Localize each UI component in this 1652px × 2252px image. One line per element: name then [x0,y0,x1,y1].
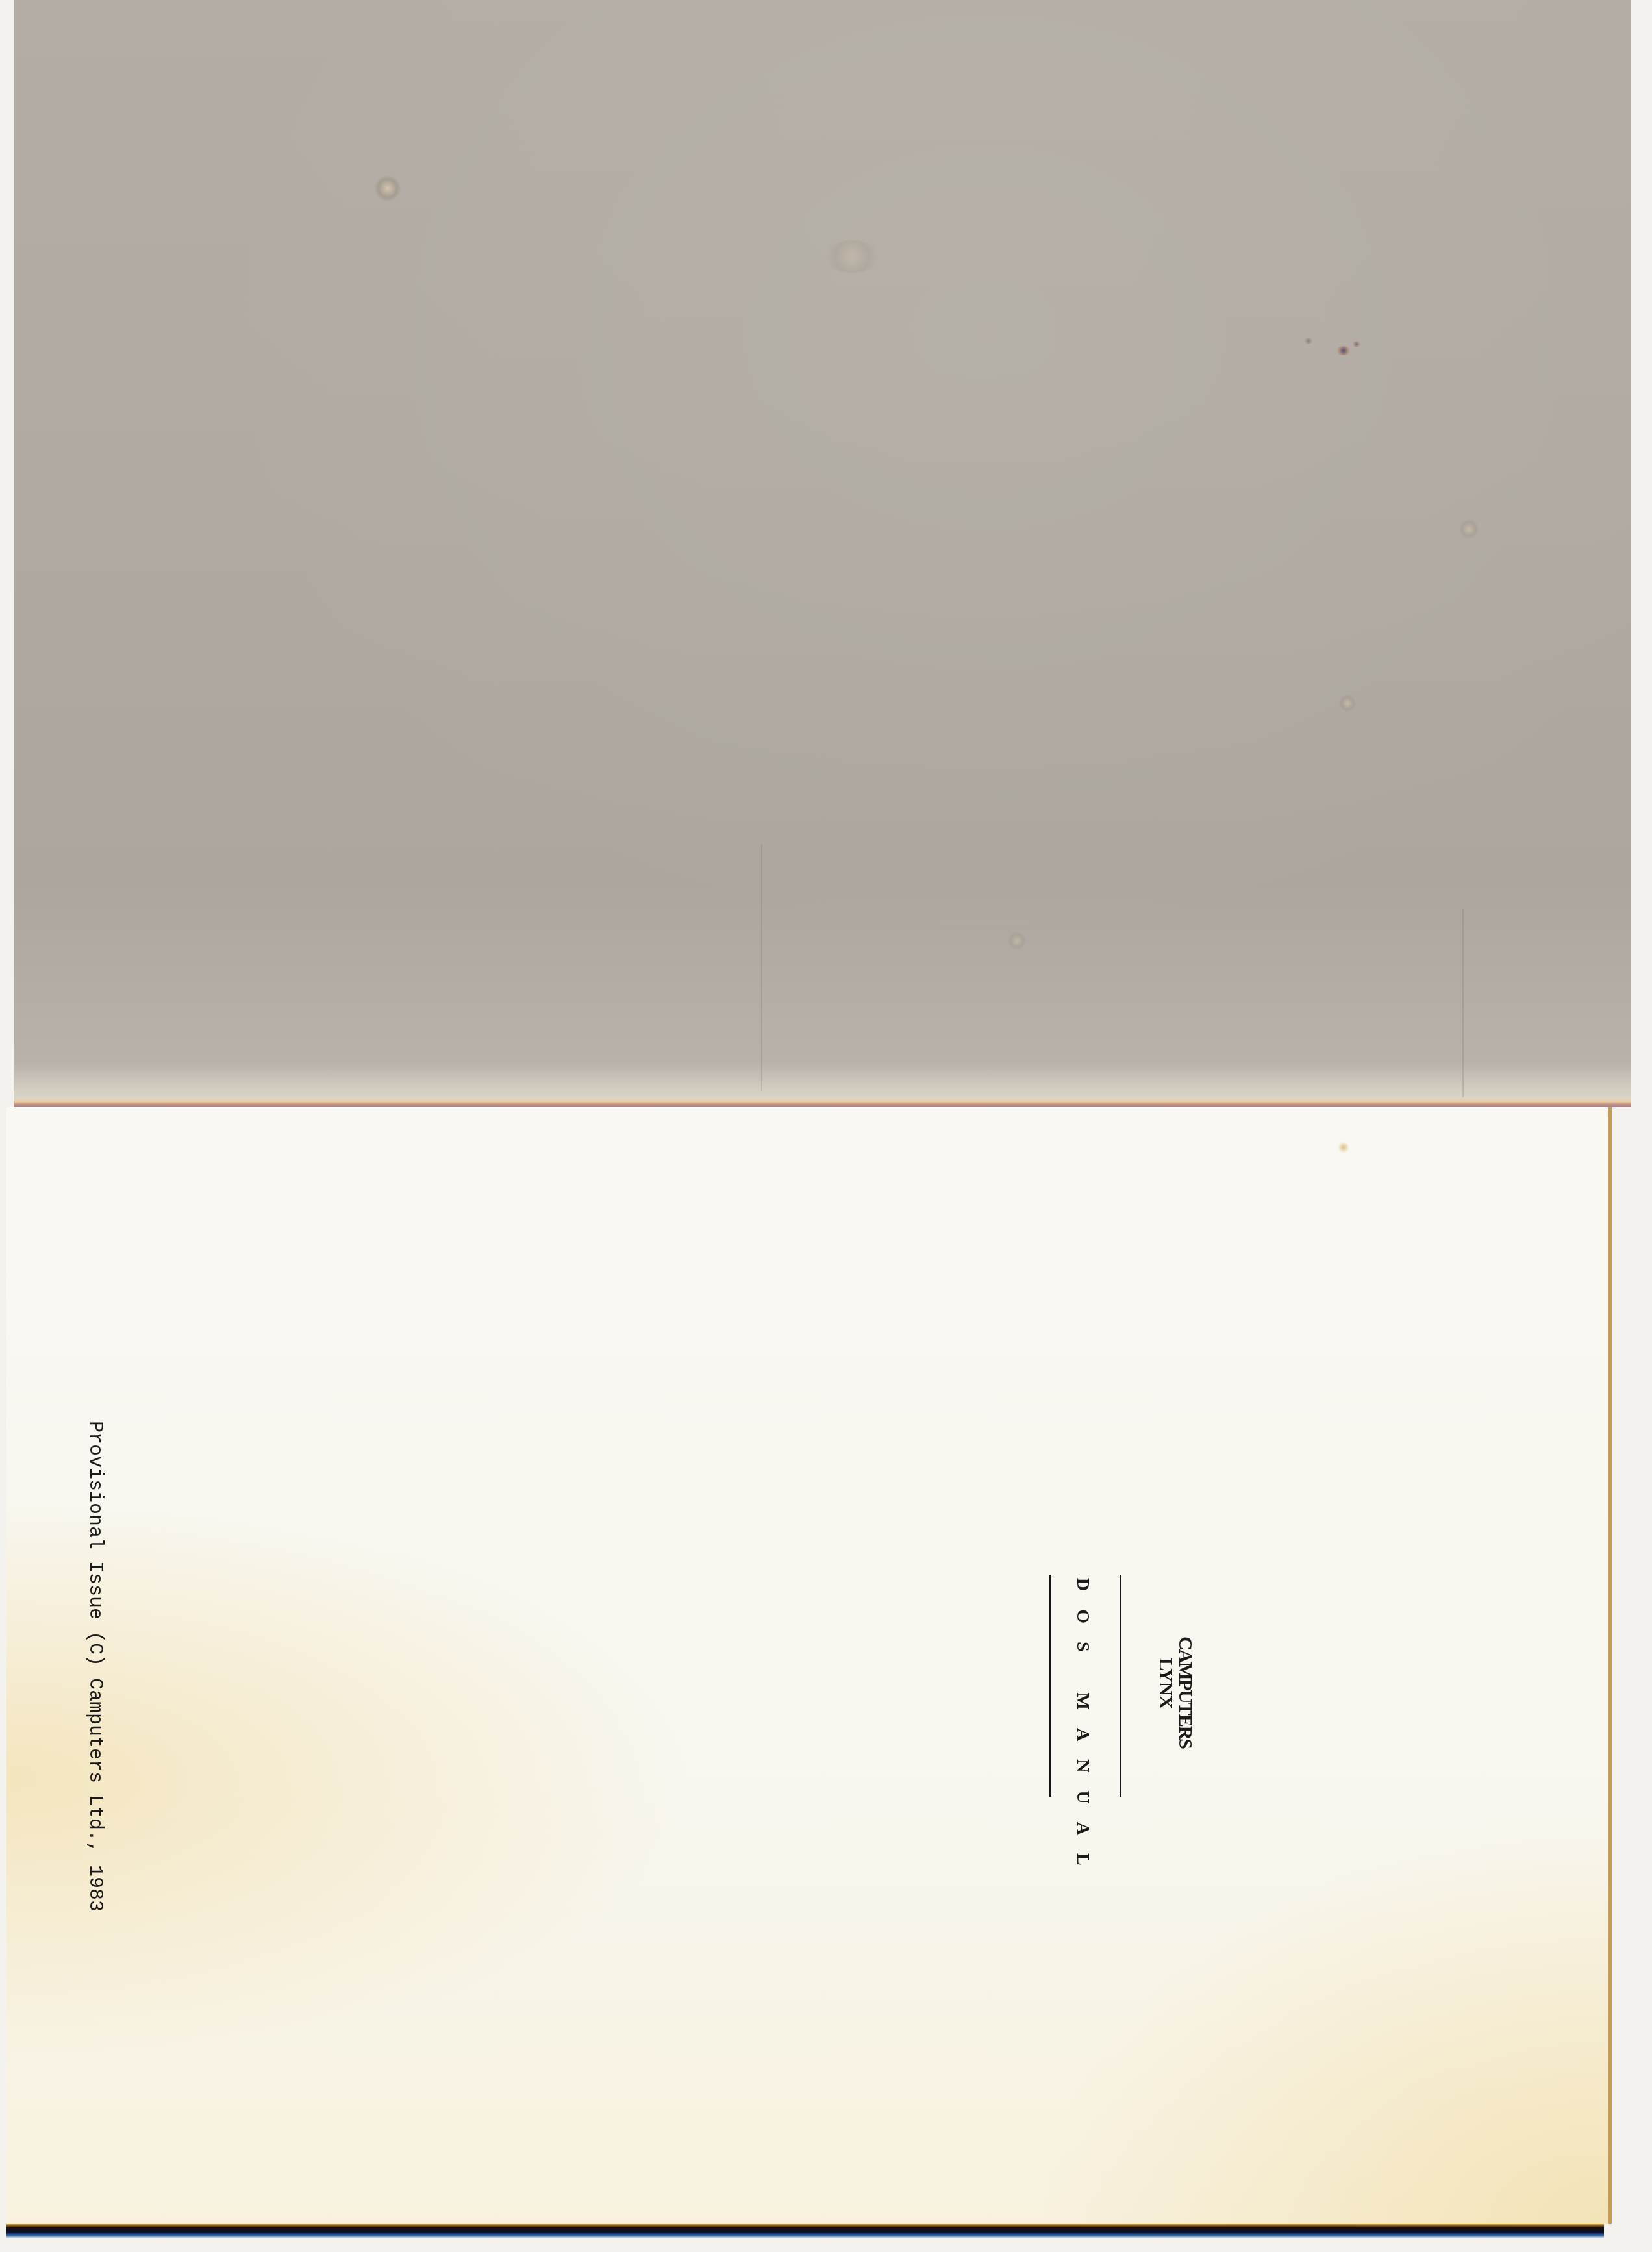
paper-dent [1459,519,1479,539]
paper-dent [1339,695,1356,712]
paper-spot [1336,346,1351,355]
title-rule-bottom [1049,1575,1051,1797]
paper-dent [1008,932,1026,950]
copyright-notice: Provisional Issue (C) Camputers Ltd., 19… [84,1421,105,1912]
brand-name: CAMPUTERS [1175,1636,1195,1748]
paper-spot [1352,341,1361,347]
paper-crease [1462,909,1464,1097]
title-rule-top [1120,1575,1121,1797]
paper-dent [375,175,401,201]
paper-dent [823,240,881,273]
back-cover-sheet [14,0,1631,1107]
paper-spot [1303,338,1314,344]
front-cover [6,1107,1612,2224]
cover-stain [1338,1142,1349,1153]
product-name: LYNX [1156,1658,1175,1708]
paper-crease [761,844,762,1091]
cover-edge-shadow [6,2224,1604,2238]
document-title: DOS MANUAL [1073,1578,1092,1884]
